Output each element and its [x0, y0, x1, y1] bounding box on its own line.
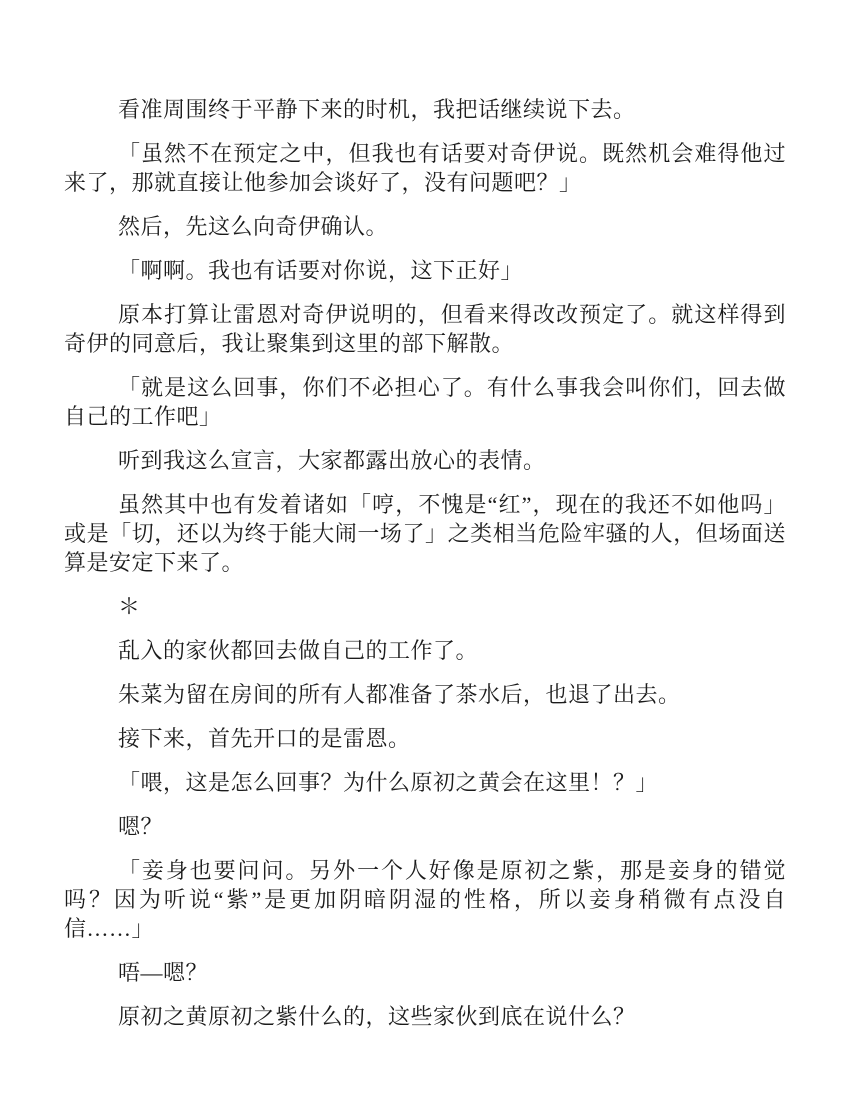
- paragraph: 「虽然不在预定之中，但我也有话要对奇伊说。既然机会难得他过来了，那就直接让他参加…: [64, 139, 786, 197]
- paragraph: 听到我这么宣言，大家都露出放心的表情。: [64, 446, 786, 475]
- paragraph: 然后，先这么向奇伊确认。: [64, 212, 786, 241]
- section-separator: ＊: [64, 592, 786, 621]
- paragraph: 唔—嗯？: [64, 958, 786, 987]
- paragraph: 乱入的家伙都回去做自己的工作了。: [64, 636, 786, 665]
- paragraph: 原本打算让雷恩对奇伊说明的，但看来得改改预定了。就这样得到奇伊的同意后，我让聚集…: [64, 300, 786, 358]
- paragraph: 「喂，这是怎么回事？为什么原初之黄会在这里！？」: [64, 768, 786, 797]
- paragraph: 「啊啊。我也有话要对你说，这下正好」: [64, 256, 786, 285]
- paragraph: 朱菜为留在房间的所有人都准备了茶水后，也退了出去。: [64, 680, 786, 709]
- novel-page: 看准周围终于平静下来的时机，我把话继续说下去。 「虽然不在预定之中，但我也有话要…: [0, 0, 850, 1100]
- paragraph: 虽然其中也有发着诸如「哼，不愧是“红”，现在的我还不如他吗」或是「切，还以为终于…: [64, 490, 786, 577]
- paragraph: 看准周围终于平静下来的时机，我把话继续说下去。: [64, 95, 786, 124]
- paragraph: 接下来，首先开口的是雷恩。: [64, 724, 786, 753]
- paragraph: 嗯？: [64, 812, 786, 841]
- paragraph: 「就是这么回事，你们不必担心了。有什么事我会叫你们，回去做自己的工作吧」: [64, 373, 786, 431]
- paragraph: 原初之黄原初之紫什么的，这些家伙到底在说什么？: [64, 1002, 786, 1031]
- paragraph: 「妾身也要问问。另外一个人好像是原初之紫，那是妾身的错觉吗？因为听说“紫”是更加…: [64, 856, 786, 943]
